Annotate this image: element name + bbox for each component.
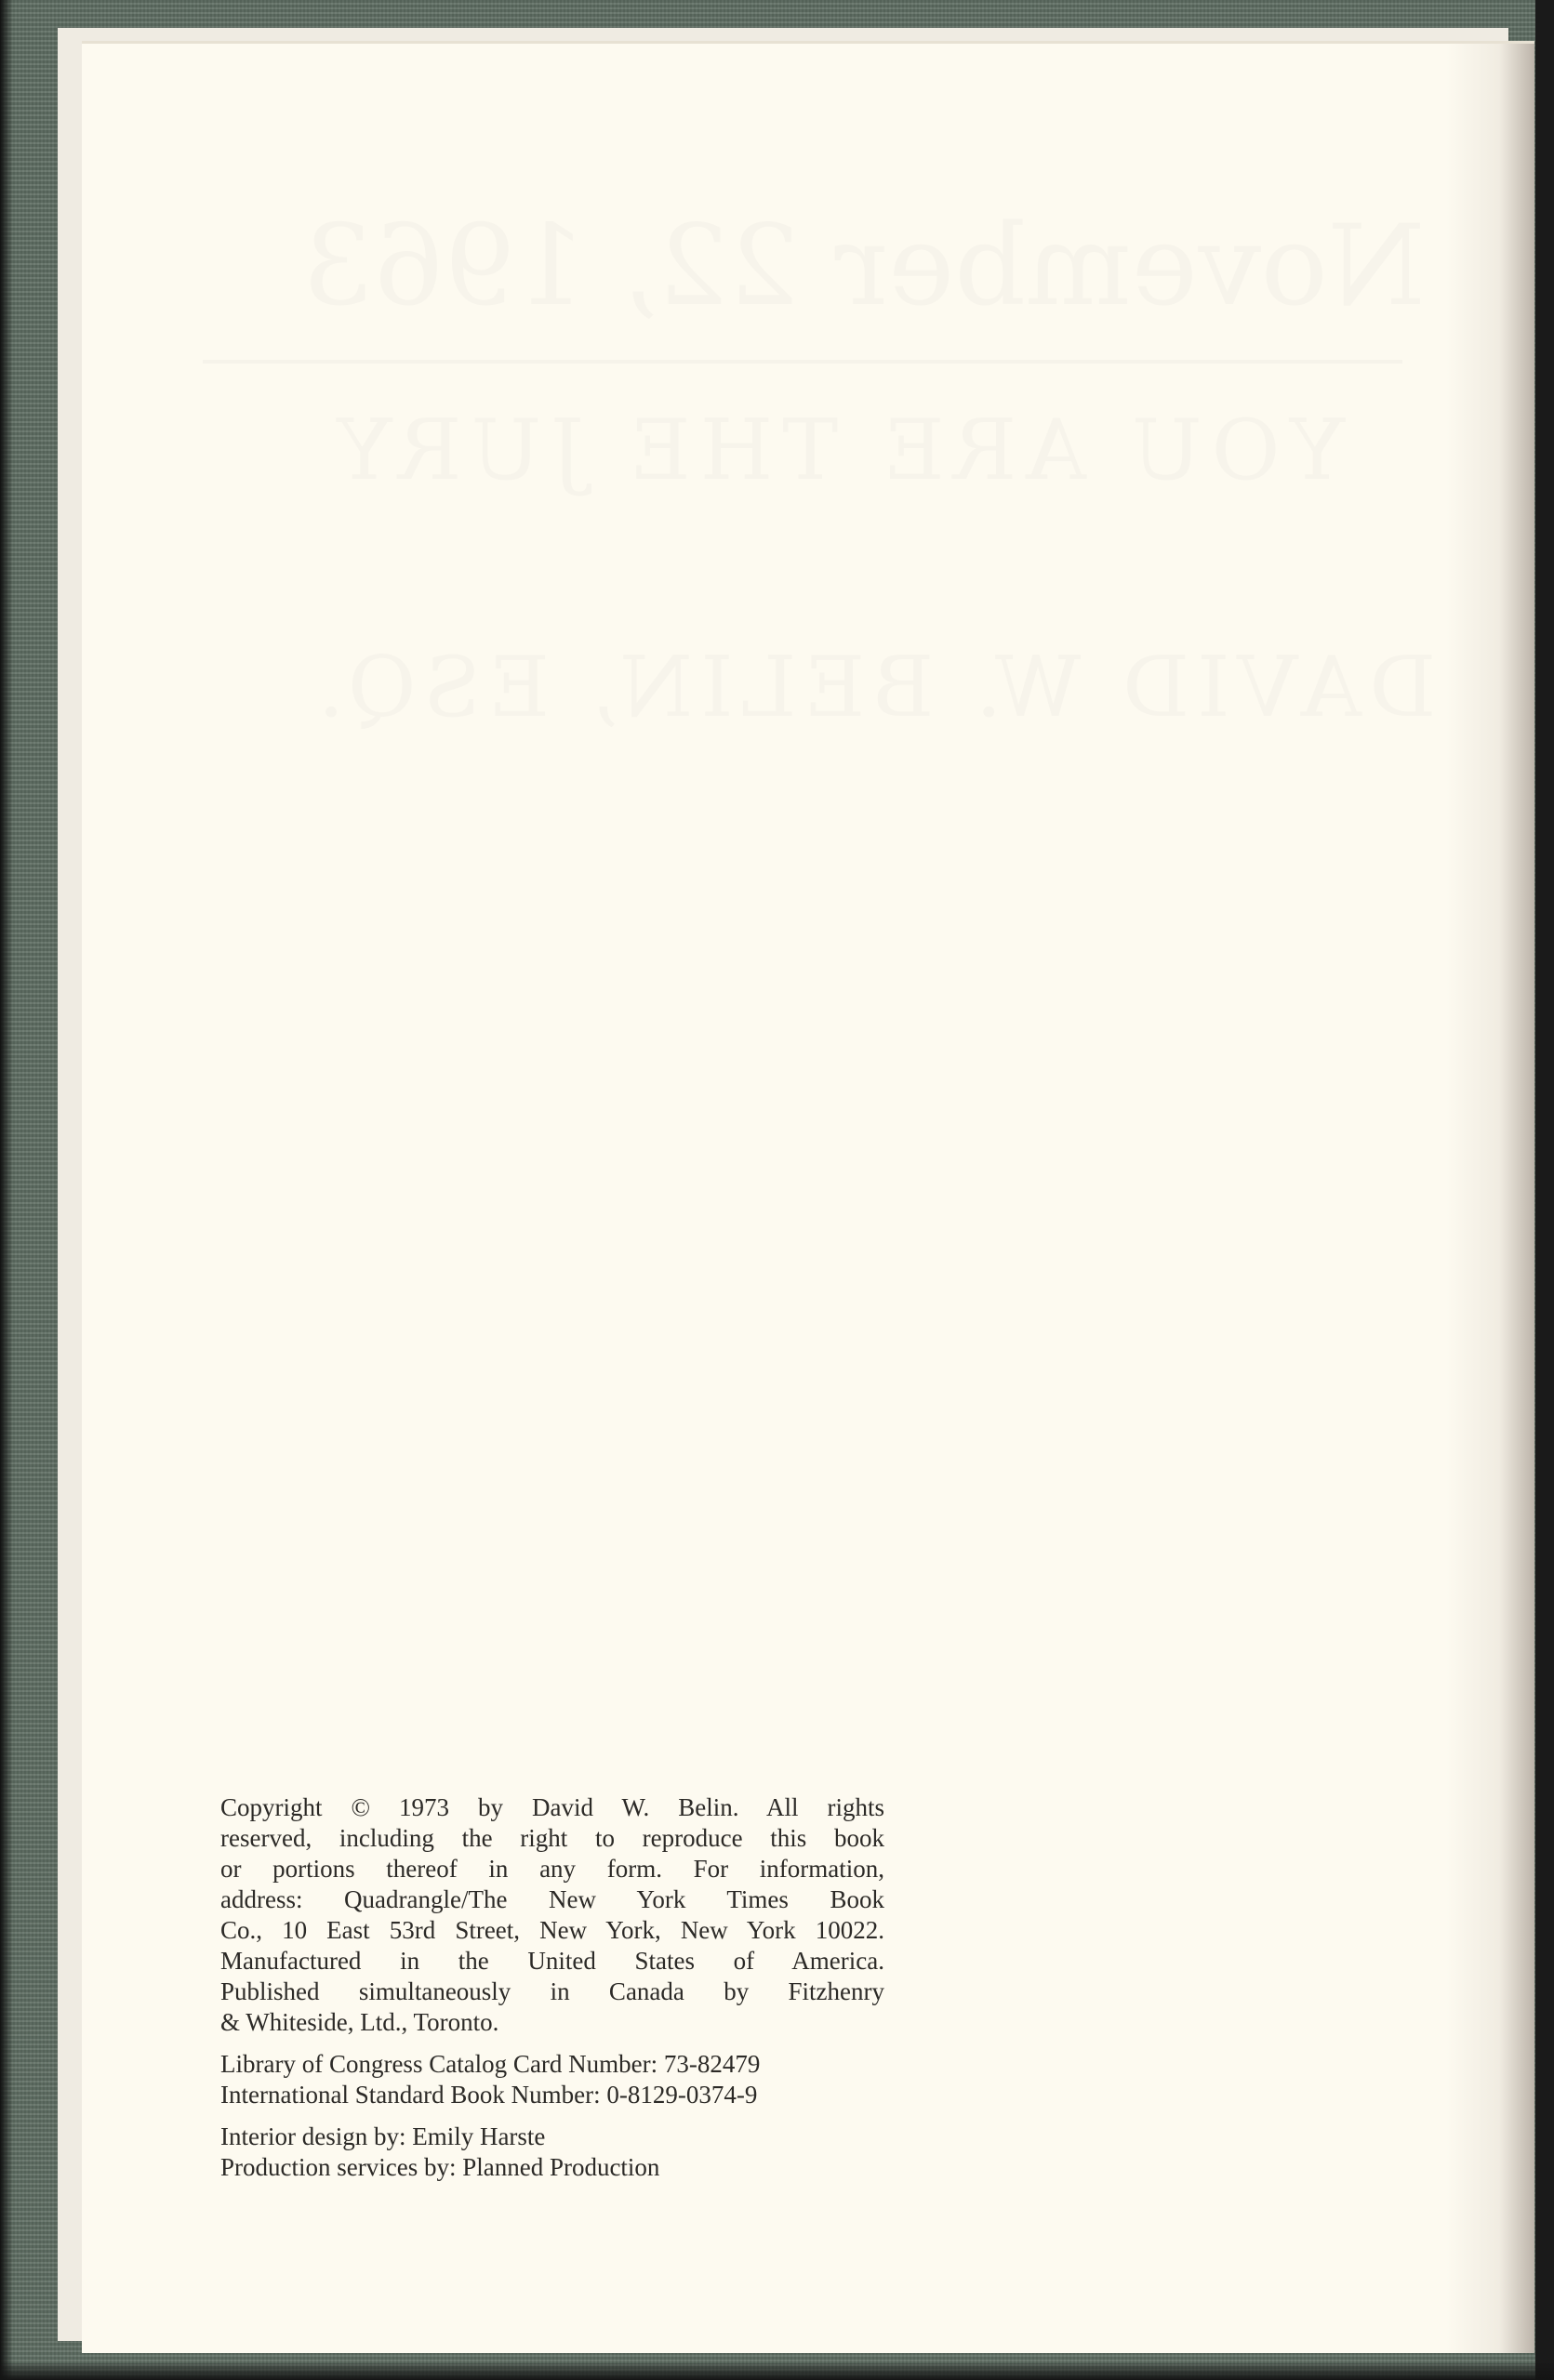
scan-edge-shadow-right <box>1535 0 1554 2380</box>
copyright-line: Copyright © 1973 by David W. Belin. All … <box>220 1792 884 1823</box>
copyright-line: or portions thereof in any form. For inf… <box>220 1854 884 1884</box>
book-page: November 22, 1963 YOU ARE THE JURY DAVID… <box>82 41 1534 2353</box>
production-credits: Interior design by: Emily Harste Product… <box>220 2122 884 2183</box>
copyright-notice: Copyright © 1973 by David W. Belin. All … <box>220 1792 884 2038</box>
copyright-line: Manufactured in the United States of Ame… <box>220 1946 884 1977</box>
copyright-line: Co., 10 East 53rd Street, New York, New … <box>220 1915 884 1946</box>
show-through-subtitle: YOU ARE THE JURY <box>110 402 1554 499</box>
isbn-line: International Standard Book Number: 0-81… <box>220 2080 884 2110</box>
copyright-line: & Whiteside, Ltd., Toronto. <box>220 2007 884 2038</box>
production-credit-line: Production services by: Planned Producti… <box>220 2152 884 2183</box>
copyright-block: Copyright © 1973 by David W. Belin. All … <box>220 1792 884 2183</box>
show-through-title: November 22, 1963 <box>138 202 1554 331</box>
copyright-line: address: Quadrangle/The New York Times B… <box>220 1884 884 1915</box>
design-credit-line: Interior design by: Emily Harste <box>220 2122 884 2152</box>
page-gutter-shadow <box>1446 44 1534 2353</box>
scan-edge-shadow-bottom <box>0 2363 1554 2380</box>
scan-edge-shadow-left <box>0 0 13 2380</box>
copyright-line: reserved, including the right to reprodu… <box>220 1823 884 1854</box>
copyright-line: Published simultaneously in Canada by Fi… <box>220 1977 884 2007</box>
show-through-author: DAVID W. BELIN, ESQ. <box>147 639 1554 736</box>
lccn-line: Library of Congress Catalog Card Number:… <box>220 2049 884 2080</box>
show-through-rule <box>203 360 1402 364</box>
catalog-numbers: Library of Congress Catalog Card Number:… <box>220 2049 884 2110</box>
